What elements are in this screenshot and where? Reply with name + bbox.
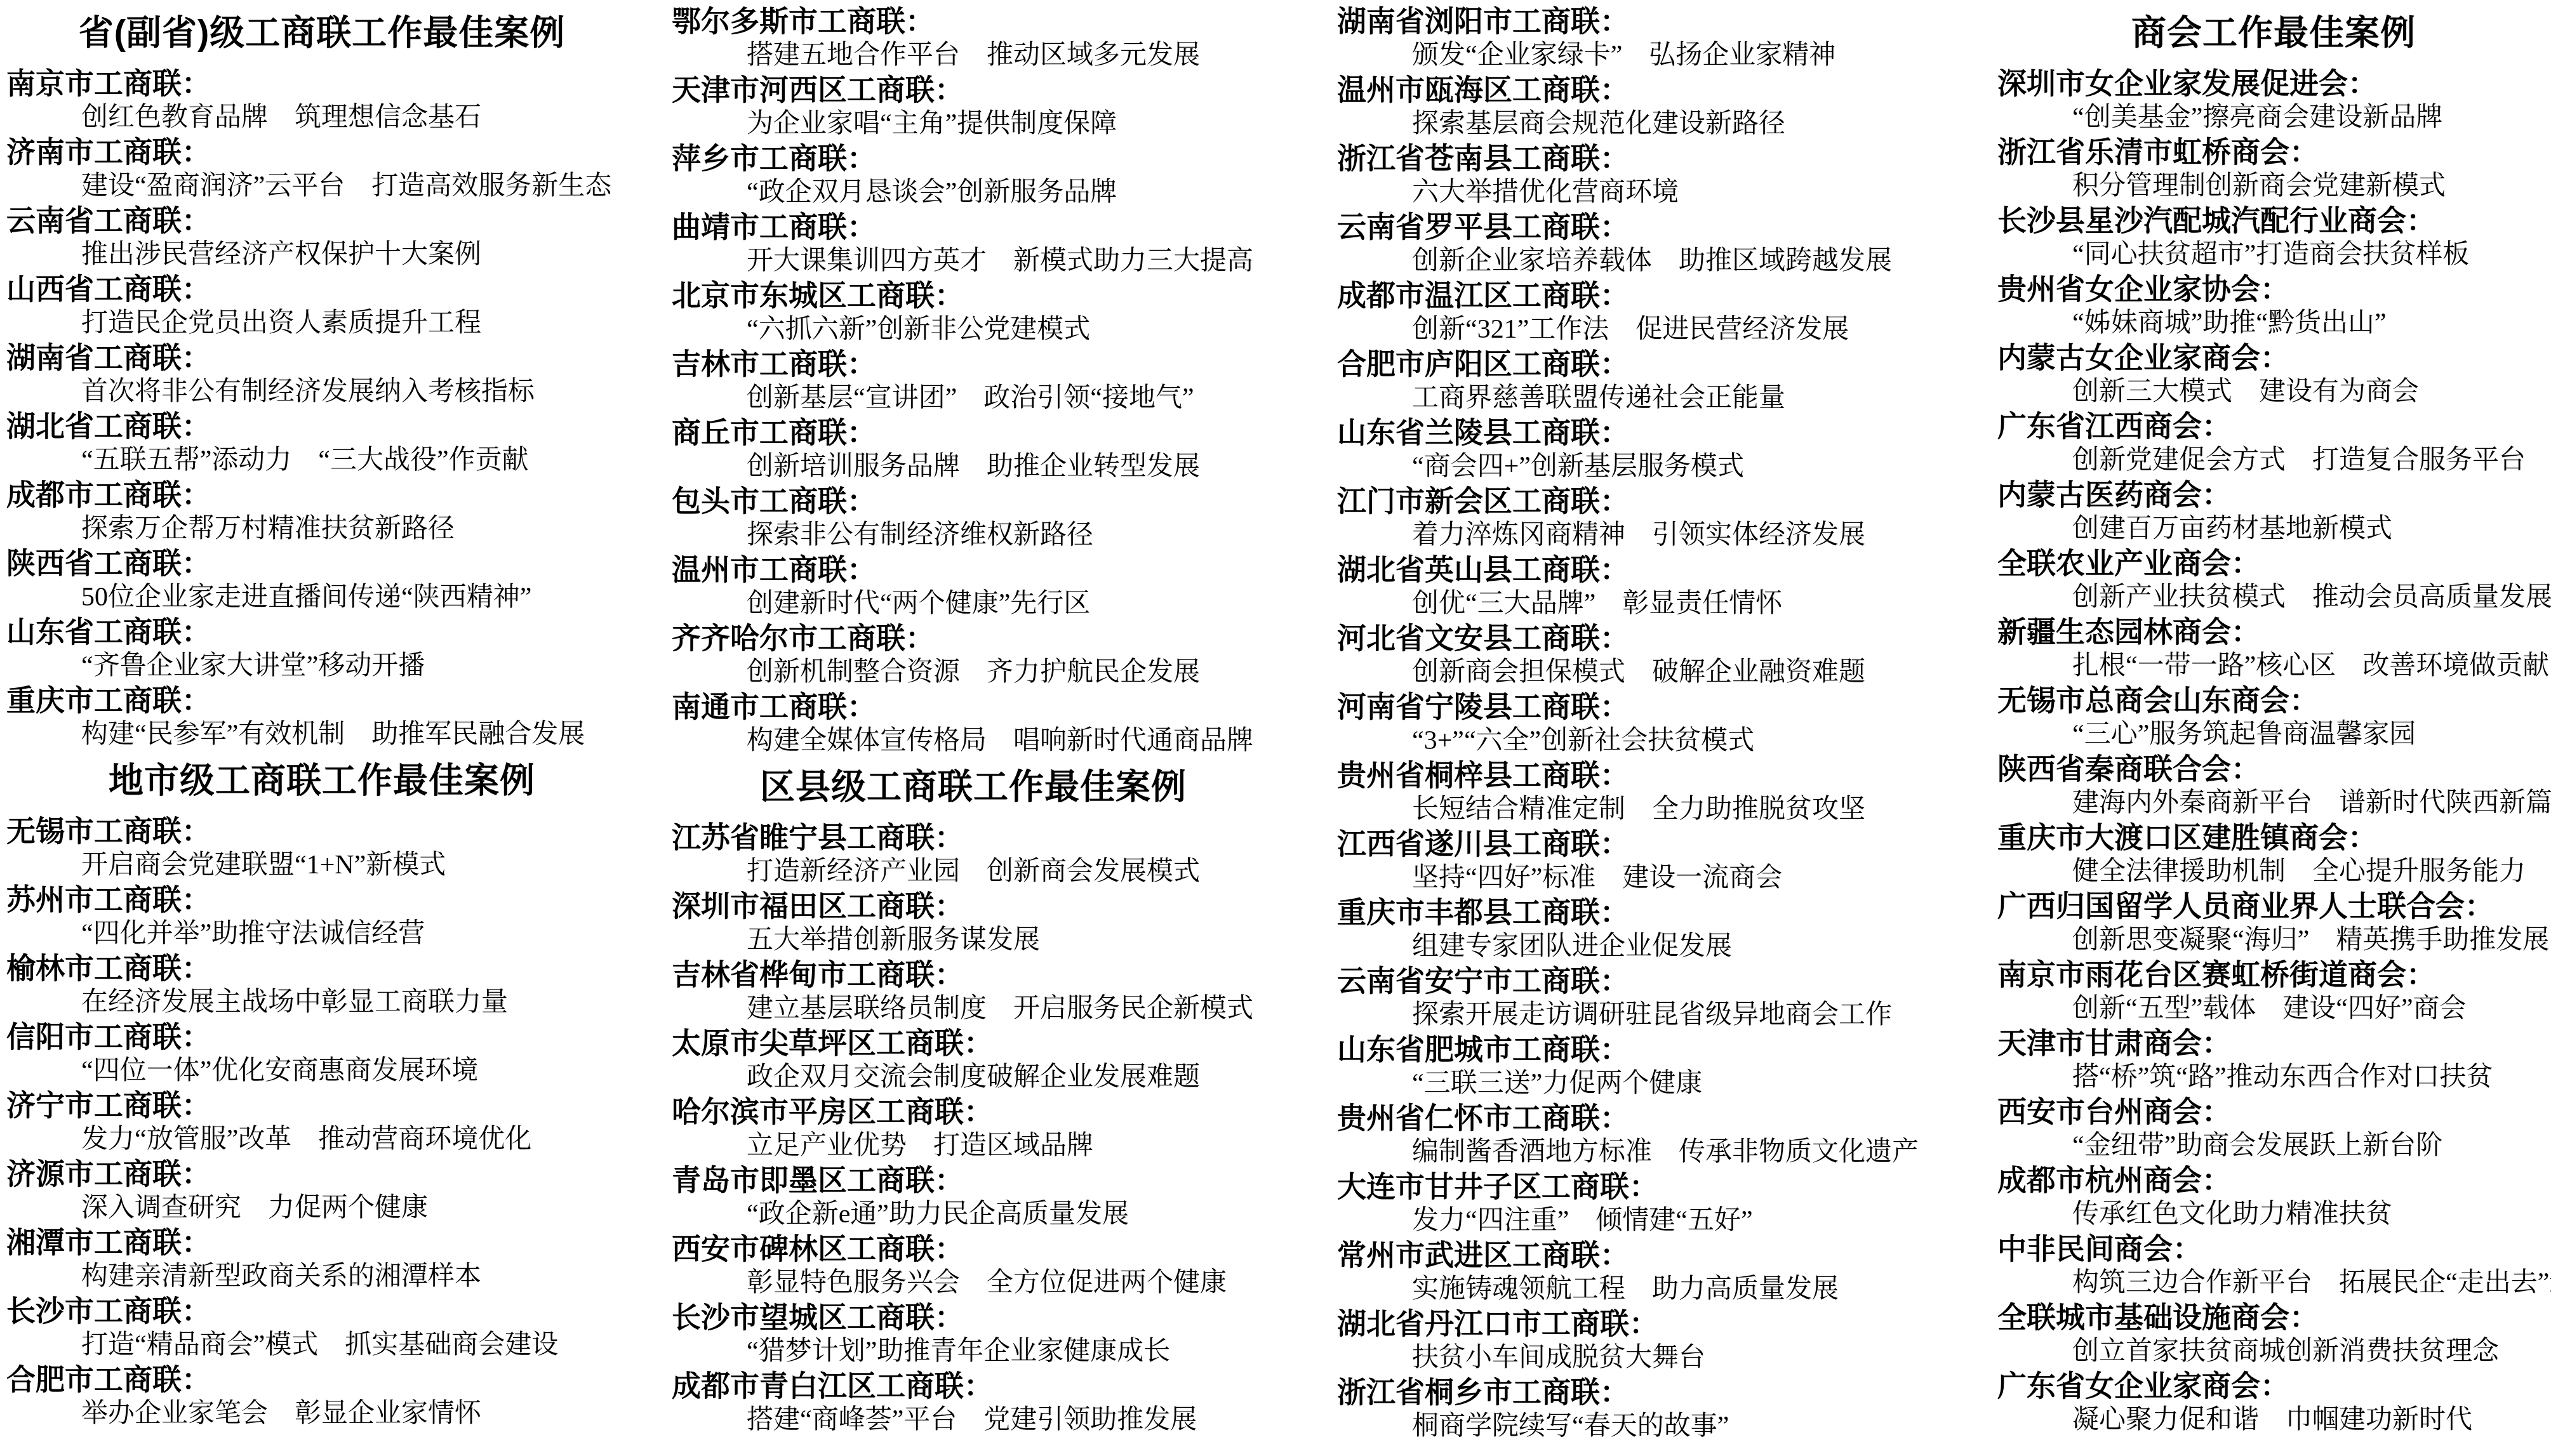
org-name: 陕西省工商联： bbox=[6, 546, 637, 580]
case-item: 合肥市工商联： 举办企业家笔会 彰显企业家情怀 bbox=[6, 1362, 637, 1431]
case-item: 江门市新会区工商联： 着力淬炼冈商精神 引领实体经济发展 bbox=[1337, 484, 1912, 552]
case-description: 扶贫小车间成脱贫大舞台 bbox=[1337, 1340, 1912, 1375]
case-item: 萍乡市工商联： “政企双月恳谈会”创新服务品牌 bbox=[672, 141, 1275, 209]
case-description: 五大举措创新服务谋发展 bbox=[672, 923, 1275, 957]
case-item: 重庆市大渡口区建胜镇商会： 健全法律援助机制 全心提升服务能力 bbox=[1997, 820, 2550, 889]
case-description: “五联五帮”添动力 “三大战役”作贡献 bbox=[6, 443, 637, 477]
section-title: 省(副省)级工商联工作最佳案例 bbox=[6, 9, 637, 56]
case-description: 创新“五型”载体 建设“四好”商会 bbox=[1997, 991, 2550, 1026]
case-description: 建设“盈商润济”云平台 打造高效服务新生态 bbox=[6, 169, 637, 203]
case-item: 哈尔滨市平房区工商联： 立足产业优势 打造区域品牌 bbox=[672, 1094, 1275, 1163]
org-name: 西安市台州商会： bbox=[1997, 1094, 2550, 1128]
org-name: 成都市青白江区工商联： bbox=[672, 1368, 1275, 1403]
case-item: 浙江省桐乡市工商联： 桐商学院续写“春天的故事” bbox=[1337, 1375, 1912, 1443]
org-name: 重庆市工商联： bbox=[6, 683, 637, 717]
org-name: 成都市温江区工商联： bbox=[1337, 278, 1912, 312]
case-description: 打造新经济产业园 创新商会发展模式 bbox=[672, 854, 1275, 889]
case-description: 创新机制整合资源 齐力护航民企发展 bbox=[672, 655, 1275, 689]
org-name: 广西归国留学人员商业界人士联合会： bbox=[1997, 889, 2550, 923]
org-name: 浙江省桐乡市工商联： bbox=[1337, 1375, 1912, 1409]
org-name: 北京市东城区工商联： bbox=[672, 278, 1275, 312]
case-item: 山东省兰陵县工商联： “商会四+”创新基层服务模式 bbox=[1337, 415, 1912, 484]
case-item: 长沙市工商联： 打造“精品商会”模式 抓实基础商会建设 bbox=[6, 1294, 637, 1362]
case-description: “创美基金”擦亮商会建设新品牌 bbox=[1997, 100, 2550, 135]
case-description: 搭“桥”筑“路”推动东西合作对口扶贫 bbox=[1997, 1060, 2550, 1094]
case-description: 创建百万亩药材基地新模式 bbox=[1997, 512, 2550, 546]
org-name: 浙江省苍南县工商联： bbox=[1337, 141, 1912, 175]
case-description: “三联三送”力促两个健康 bbox=[1337, 1066, 1912, 1101]
case-item: 湖北省丹江口市工商联： 扶贫小车间成脱贫大舞台 bbox=[1337, 1306, 1912, 1375]
case-description: 坚持“四好”标准 建设一流商会 bbox=[1337, 861, 1912, 895]
case-item: 湖北省英山县工商联： 创优“三大品牌” 彰显责任情怀 bbox=[1337, 552, 1912, 621]
org-name: 江门市新会区工商联： bbox=[1337, 484, 1912, 518]
org-name: 湖南省浏阳市工商联： bbox=[1337, 4, 1912, 38]
org-name: 商丘市工商联： bbox=[672, 415, 1275, 449]
case-item: 合肥市庐阳区工商联： 工商界慈善联盟传递社会正能量 bbox=[1337, 347, 1912, 415]
org-name: 贵州省女企业家协会： bbox=[1997, 272, 2550, 306]
org-name: 南京市雨花台区赛虹桥街道商会： bbox=[1997, 957, 2550, 991]
case-description: 实施铸魂领航工程 助力高质量发展 bbox=[1337, 1272, 1912, 1306]
case-description: 创立首家扶贫商城创新消费扶贫理念 bbox=[1997, 1334, 2550, 1368]
case-item: 湖北省工商联： “五联五帮”添动力 “三大战役”作贡献 bbox=[6, 409, 637, 477]
case-description: “政企新e通”助力民企高质量发展 bbox=[672, 1197, 1275, 1231]
case-description: 探索开展走访调研驻昆省级异地商会工作 bbox=[1337, 998, 1912, 1032]
org-name: 成都市工商联： bbox=[6, 477, 637, 512]
case-item: 无锡市工商联： 开启商会党建联盟“1+N”新模式 bbox=[6, 814, 637, 882]
case-description: 长短结合精准定制 全力助推脱贫攻坚 bbox=[1337, 792, 1912, 826]
case-item: 河北省文安县工商联： 创新商会担保模式 破解企业融资难题 bbox=[1337, 621, 1912, 689]
case-item: 信阳市工商联： “四位一体”优化安商惠商发展环境 bbox=[6, 1019, 637, 1088]
case-item: 南京市雨花台区赛虹桥街道商会： 创新“五型”载体 建设“四好”商会 bbox=[1997, 957, 2550, 1026]
org-name: 榆林市工商联： bbox=[6, 951, 637, 985]
case-item: 中非民间商会： 构筑三边合作新平台 拓展民企“走出去”新思路 bbox=[1997, 1231, 2550, 1300]
case-item: 广西归国留学人员商业界人士联合会： 创新思变凝聚“海归” 精英携手助推发展 bbox=[1997, 889, 2550, 957]
case-description: 开启商会党建联盟“1+N”新模式 bbox=[6, 848, 637, 882]
org-name: 广东省女企业家商会： bbox=[1997, 1368, 2550, 1403]
org-name: 无锡市总商会山东商会： bbox=[1997, 683, 2550, 717]
org-name: 曲靖市工商联： bbox=[672, 209, 1275, 244]
case-item: 南京市工商联： 创红色教育品牌 筑理想信念基石 bbox=[6, 66, 637, 135]
case-item: 齐齐哈尔市工商联： 创新机制整合资源 齐力护航民企发展 bbox=[672, 621, 1275, 689]
case-description: “三心”服务筑起鲁商温馨家园 bbox=[1997, 717, 2550, 751]
case-description: 首次将非公有制经济发展纳入考核指标 bbox=[6, 374, 637, 409]
case-item: 深圳市福田区工商联： 五大举措创新服务谋发展 bbox=[672, 889, 1275, 957]
org-name: 萍乡市工商联： bbox=[672, 141, 1275, 175]
case-item: 太原市尖草坪区工商联： 政企双月交流会制度破解企业发展难题 bbox=[672, 1026, 1275, 1094]
case-item: 鄂尔多斯市工商联： 搭建五地合作平台 推动区域多元发展 bbox=[672, 4, 1275, 72]
org-name: 长沙市望城区工商联： bbox=[672, 1300, 1275, 1334]
org-name: 山东省兰陵县工商联： bbox=[1337, 415, 1912, 449]
case-item: 广东省女企业家商会： 凝心聚力促和谐 巾帼建功新时代 bbox=[1997, 1368, 2550, 1437]
case-item: 云南省工商联： 推出涉民营经济产权保护十大案例 bbox=[6, 203, 637, 272]
org-name: 济南市工商联： bbox=[6, 135, 637, 169]
case-description: 开大课集训四方英才 新模式助力三大提高 bbox=[672, 244, 1275, 278]
case-item: 温州市工商联： 创建新时代“两个健康”先行区 bbox=[672, 552, 1275, 621]
org-name: 大连市甘井子区工商联： bbox=[1337, 1169, 1912, 1203]
org-name: 深圳市福田区工商联： bbox=[672, 889, 1275, 923]
org-name: 新疆生态园林商会： bbox=[1997, 614, 2550, 649]
org-name: 贵州省桐梓县工商联： bbox=[1337, 758, 1912, 792]
award-list-page: 省(副省)级工商联工作最佳案例 南京市工商联： 创红色教育品牌 筑理想信念基石 … bbox=[0, 0, 2551, 1456]
org-name: 内蒙古医药商会： bbox=[1997, 477, 2550, 512]
case-item: 榆林市工商联： 在经济发展主战场中彰显工商联力量 bbox=[6, 951, 637, 1019]
case-item: 深圳市女企业家发展促进会： “创美基金”擦亮商会建设新品牌 bbox=[1997, 66, 2550, 135]
case-description: “四化并举”助推守法诚信经营 bbox=[6, 917, 637, 951]
case-item: 山东省肥城市工商联： “三联三送”力促两个健康 bbox=[1337, 1032, 1912, 1101]
org-name: 包头市工商联： bbox=[672, 484, 1275, 518]
org-name: 云南省安宁市工商联： bbox=[1337, 963, 1912, 998]
org-name: 云南省工商联： bbox=[6, 203, 637, 237]
org-name: 成都市杭州商会： bbox=[1997, 1163, 2550, 1197]
case-item: 长沙市望城区工商联： “猎梦计划”助推青年企业家健康成长 bbox=[672, 1300, 1275, 1368]
case-description: 创新产业扶贫模式 推动会员高质量发展 bbox=[1997, 580, 2550, 614]
case-item: 成都市杭州商会： 传承红色文化助力精准扶贫 bbox=[1997, 1163, 2550, 1231]
org-name: 山西省工商联： bbox=[6, 272, 637, 306]
case-description: 编制酱香酒地方标准 传承非物质文化遗产 bbox=[1337, 1135, 1912, 1169]
case-item: 天津市甘肃商会： 搭“桥”筑“路”推动东西合作对口扶贫 bbox=[1997, 1026, 2550, 1094]
org-name: 鄂尔多斯市工商联： bbox=[672, 4, 1275, 38]
org-name: 江苏省睢宁县工商联： bbox=[672, 820, 1275, 854]
case-item: 大连市甘井子区工商联： 发力“四注重” 倾情建“五好” bbox=[1337, 1169, 1912, 1238]
case-item: 内蒙古医药商会： 创建百万亩药材基地新模式 bbox=[1997, 477, 2550, 546]
org-name: 信阳市工商联： bbox=[6, 1019, 637, 1054]
case-item: 内蒙古女企业家商会： 创新三大模式 建设有为商会 bbox=[1997, 340, 2550, 409]
case-description: 创新三大模式 建设有为商会 bbox=[1997, 374, 2550, 409]
org-name: 江西省遂川县工商联： bbox=[1337, 826, 1912, 861]
org-name: 常州市武进区工商联： bbox=[1337, 1238, 1912, 1272]
case-item: 成都市温江区工商联： 创新“321”工作法 促进民营经济发展 bbox=[1337, 278, 1912, 347]
case-item: 贵州省女企业家协会： “姊妹商城”助推“黔货出山” bbox=[1997, 272, 2550, 340]
case-item: 浙江省乐清市虹桥商会： 积分管理制创新商会党建新模式 bbox=[1997, 135, 2550, 203]
case-item: 西安市台州商会： “金纽带”助商会发展跃上新台阶 bbox=[1997, 1094, 2550, 1163]
case-item: 湘潭市工商联： 构建亲清新型政商关系的湘潭样本 bbox=[6, 1225, 637, 1294]
section-title: 地市级工商联工作最佳案例 bbox=[6, 757, 637, 804]
case-description: 创优“三大品牌” 彰显责任情怀 bbox=[1337, 586, 1912, 621]
case-item: 江西省遂川县工商联： 坚持“四好”标准 建设一流商会 bbox=[1337, 826, 1912, 895]
org-name: 重庆市大渡口区建胜镇商会： bbox=[1997, 820, 2550, 854]
org-name: 长沙市工商联： bbox=[6, 1294, 637, 1328]
section-title: 商会工作最佳案例 bbox=[1997, 9, 2550, 56]
case-item: 新疆生态园林商会： 扎根“一带一路”核心区 改善环境做贡献 bbox=[1997, 614, 2550, 683]
case-description: “政企双月恳谈会”创新服务品牌 bbox=[672, 175, 1275, 209]
section-title: 区县级工商联工作最佳案例 bbox=[672, 763, 1275, 810]
case-description: “四位一体”优化安商惠商发展环境 bbox=[6, 1054, 637, 1088]
org-name: 济宁市工商联： bbox=[6, 1088, 637, 1122]
case-item: 天津市河西区工商联： 为企业家唱“主角”提供制度保障 bbox=[672, 72, 1275, 141]
case-item: 包头市工商联： 探索非公有制经济维权新路径 bbox=[672, 484, 1275, 552]
case-description: 创新商会担保模式 破解企业融资难题 bbox=[1337, 655, 1912, 689]
case-item: 贵州省仁怀市工商联： 编制酱香酒地方标准 传承非物质文化遗产 bbox=[1337, 1101, 1912, 1169]
case-description: 发力“放管服”改革 推动营商环境优化 bbox=[6, 1122, 637, 1156]
case-description: 推出涉民营经济产权保护十大案例 bbox=[6, 237, 637, 272]
case-description: 搭建“商峰荟”平台 党建引领助推发展 bbox=[672, 1403, 1275, 1437]
case-item: 吉林市工商联： 创新基层“宣讲团” 政治引领“接地气” bbox=[672, 347, 1275, 415]
org-name: 广东省江西商会： bbox=[1997, 409, 2550, 443]
case-item: 济宁市工商联： 发力“放管服”改革 推动营商环境优化 bbox=[6, 1088, 637, 1156]
case-item: 重庆市工商联： 构建“民参军”有效机制 助推军民融合发展 bbox=[6, 683, 637, 751]
org-name: 内蒙古女企业家商会： bbox=[1997, 340, 2550, 374]
case-description: 彰显特色服务兴会 全方位促进两个健康 bbox=[672, 1266, 1275, 1300]
org-name: 湘潭市工商联： bbox=[6, 1225, 637, 1259]
org-name: 温州市工商联： bbox=[672, 552, 1275, 586]
org-name: 合肥市工商联： bbox=[6, 1362, 637, 1396]
case-description: 积分管理制创新商会党建新模式 bbox=[1997, 169, 2550, 203]
case-description: 创红色教育品牌 筑理想信念基石 bbox=[6, 100, 637, 135]
case-description: 创新培训服务品牌 助推企业转型发展 bbox=[672, 449, 1275, 484]
case-description: 举办企业家笔会 彰显企业家情怀 bbox=[6, 1396, 637, 1431]
org-name: 温州市瓯海区工商联： bbox=[1337, 72, 1912, 107]
case-description: 政企双月交流会制度破解企业发展难题 bbox=[672, 1060, 1275, 1094]
case-description: 构建亲清新型政商关系的湘潭样本 bbox=[6, 1259, 637, 1294]
column-2: 鄂尔多斯市工商联： 搭建五地合作平台 推动区域多元发展 天津市河西区工商联： 为… bbox=[637, 4, 1275, 1456]
case-item: 西安市碑林区工商联： 彰显特色服务兴会 全方位促进两个健康 bbox=[672, 1231, 1275, 1300]
case-item: 陕西省秦商联合会： 建海内外秦商新平台 谱新时代陕西新篇章 bbox=[1997, 751, 2550, 820]
case-description: 着力淬炼冈商精神 引领实体经济发展 bbox=[1337, 518, 1912, 552]
case-description: 立足产业优势 打造区域品牌 bbox=[672, 1128, 1275, 1163]
case-description: 扎根“一带一路”核心区 改善环境做贡献 bbox=[1997, 649, 2550, 683]
case-item: 湖南省浏阳市工商联： 颁发“企业家绿卡” 弘扬企业家精神 bbox=[1337, 4, 1912, 72]
org-name: 青岛市即墨区工商联： bbox=[672, 1163, 1275, 1197]
column-3: 湖南省浏阳市工商联： 颁发“企业家绿卡” 弘扬企业家精神 温州市瓯海区工商联： … bbox=[1275, 4, 1912, 1456]
org-name: 南京市工商联： bbox=[6, 66, 637, 100]
case-item: 山东省工商联： “齐鲁企业家大讲堂”移动开播 bbox=[6, 614, 637, 683]
case-item: 成都市工商联： 探索万企帮万村精准扶贫新路径 bbox=[6, 477, 637, 546]
case-item: 河南省宁陵县工商联： “3+”“六全”创新社会扶贫模式 bbox=[1337, 689, 1912, 758]
case-description: 探索万企帮万村精准扶贫新路径 bbox=[6, 512, 637, 546]
org-name: 贵州省仁怀市工商联： bbox=[1337, 1101, 1912, 1135]
org-name: 全联城市基础设施商会： bbox=[1997, 1300, 2550, 1334]
columns-container: 省(副省)级工商联工作最佳案例 南京市工商联： 创红色教育品牌 筑理想信念基石 … bbox=[0, 4, 2551, 1456]
case-description: 凝心聚力促和谐 巾帼建功新时代 bbox=[1997, 1403, 2550, 1437]
case-description: “3+”“六全”创新社会扶贫模式 bbox=[1337, 724, 1912, 758]
org-name: 济源市工商联： bbox=[6, 1156, 637, 1191]
case-description: 探索基层商会规范化建设新路径 bbox=[1337, 107, 1912, 141]
org-name: 湖南省工商联： bbox=[6, 340, 637, 374]
case-description: 50位企业家走进直播间传递“陕西精神” bbox=[6, 580, 637, 614]
case-description: 为企业家唱“主角”提供制度保障 bbox=[672, 107, 1275, 141]
column-4: 商会工作最佳案例 深圳市女企业家发展促进会： “创美基金”擦亮商会建设新品牌 浙… bbox=[1912, 4, 2550, 1456]
org-name: 南通市工商联： bbox=[672, 689, 1275, 724]
case-item: 贵州省桐梓县工商联： 长短结合精准定制 全力助推脱贫攻坚 bbox=[1337, 758, 1912, 826]
case-item: 苏州市工商联： “四化并举”助推守法诚信经营 bbox=[6, 882, 637, 951]
org-name: 无锡市工商联： bbox=[6, 814, 637, 848]
case-item: 常州市武进区工商联： 实施铸魂领航工程 助力高质量发展 bbox=[1337, 1238, 1912, 1306]
org-name: 山东省工商联： bbox=[6, 614, 637, 649]
case-description: 创建新时代“两个健康”先行区 bbox=[672, 586, 1275, 621]
case-item: 全联城市基础设施商会： 创立首家扶贫商城创新消费扶贫理念 bbox=[1997, 1300, 2550, 1368]
case-item: 南通市工商联： 构建全媒体宣传格局 唱响新时代通商品牌 bbox=[672, 689, 1275, 758]
case-item: 青岛市即墨区工商联： “政企新e通”助力民企高质量发展 bbox=[672, 1163, 1275, 1231]
case-description: 六大举措优化营商环境 bbox=[1337, 175, 1912, 209]
case-description: 传承红色文化助力精准扶贫 bbox=[1997, 1197, 2550, 1231]
case-description: “六抓六新”创新非公党建模式 bbox=[672, 312, 1275, 347]
case-description: 构建“民参军”有效机制 助推军民融合发展 bbox=[6, 717, 637, 751]
case-description: 打造“精品商会”模式 抓实基础商会建设 bbox=[6, 1328, 637, 1362]
org-name: 湖北省英山县工商联： bbox=[1337, 552, 1912, 586]
case-description: 创新党建促会方式 打造复合服务平台 bbox=[1997, 443, 2550, 477]
case-item: 北京市东城区工商联： “六抓六新”创新非公党建模式 bbox=[672, 278, 1275, 347]
org-name: 天津市甘肃商会： bbox=[1997, 1026, 2550, 1060]
org-name: 山东省肥城市工商联： bbox=[1337, 1032, 1912, 1066]
org-name: 苏州市工商联： bbox=[6, 882, 637, 917]
org-name: 西安市碑林区工商联： bbox=[672, 1231, 1275, 1266]
case-description: 创新企业家培养载体 助推区域跨越发展 bbox=[1337, 244, 1912, 278]
case-item: 云南省罗平县工商联： 创新企业家培养载体 助推区域跨越发展 bbox=[1337, 209, 1912, 278]
case-description: 创新基层“宣讲团” 政治引领“接地气” bbox=[672, 381, 1275, 415]
case-description: 工商界慈善联盟传递社会正能量 bbox=[1337, 381, 1912, 415]
org-name: 哈尔滨市平房区工商联： bbox=[672, 1094, 1275, 1128]
case-item: 济源市工商联： 深入调查研究 力促两个健康 bbox=[6, 1156, 637, 1225]
case-item: 广东省江西商会： 创新党建促会方式 打造复合服务平台 bbox=[1997, 409, 2550, 477]
case-item: 重庆市丰都县工商联： 组建专家团队进企业促发展 bbox=[1337, 895, 1912, 963]
case-description: 桐商学院续写“春天的故事” bbox=[1337, 1409, 1912, 1443]
case-item: 陕西省工商联： 50位企业家走进直播间传递“陕西精神” bbox=[6, 546, 637, 614]
org-name: 深圳市女企业家发展促进会： bbox=[1997, 66, 2550, 100]
case-item: 吉林省桦甸市工商联： 建立基层联络员制度 开启服务民企新模式 bbox=[672, 957, 1275, 1026]
org-name: 重庆市丰都县工商联： bbox=[1337, 895, 1912, 929]
case-description: 健全法律援助机制 全心提升服务能力 bbox=[1997, 854, 2550, 889]
case-description: 颁发“企业家绿卡” 弘扬企业家精神 bbox=[1337, 38, 1912, 72]
case-description: 探索非公有制经济维权新路径 bbox=[672, 518, 1275, 552]
org-name: 长沙县星沙汽配城汽配行业商会： bbox=[1997, 203, 2550, 237]
column-1: 省(副省)级工商联工作最佳案例 南京市工商联： 创红色教育品牌 筑理想信念基石 … bbox=[0, 4, 637, 1456]
case-item: 济南市工商联： 建设“盈商润济”云平台 打造高效服务新生态 bbox=[6, 135, 637, 203]
case-description: 创新“321”工作法 促进民营经济发展 bbox=[1337, 312, 1912, 347]
case-item: 浙江省苍南县工商联： 六大举措优化营商环境 bbox=[1337, 141, 1912, 209]
case-description: “同心扶贫超市”打造商会扶贫样板 bbox=[1997, 237, 2550, 272]
case-description: “齐鲁企业家大讲堂”移动开播 bbox=[6, 649, 637, 683]
org-name: 河南省宁陵县工商联： bbox=[1337, 689, 1912, 724]
org-name: 齐齐哈尔市工商联： bbox=[672, 621, 1275, 655]
org-name: 中非民间商会： bbox=[1997, 1231, 2550, 1266]
case-item: 山西省工商联： 打造民企党员出资人素质提升工程 bbox=[6, 272, 637, 340]
case-description: 构建全媒体宣传格局 唱响新时代通商品牌 bbox=[672, 724, 1275, 758]
case-item: 湖南省工商联： 首次将非公有制经济发展纳入考核指标 bbox=[6, 340, 637, 409]
case-item: 无锡市总商会山东商会： “三心”服务筑起鲁商温馨家园 bbox=[1997, 683, 2550, 751]
org-name: 河北省文安县工商联： bbox=[1337, 621, 1912, 655]
case-item: 商丘市工商联： 创新培训服务品牌 助推企业转型发展 bbox=[672, 415, 1275, 484]
case-description: 创新思变凝聚“海归” 精英携手助推发展 bbox=[1997, 923, 2550, 957]
case-description: 构筑三边合作新平台 拓展民企“走出去”新思路 bbox=[1997, 1266, 2550, 1300]
case-description: “金纽带”助商会发展跃上新台阶 bbox=[1997, 1128, 2550, 1163]
case-item: 成都市青白江区工商联： 搭建“商峰荟”平台 党建引领助推发展 bbox=[672, 1368, 1275, 1437]
case-description: 深入调查研究 力促两个健康 bbox=[6, 1191, 637, 1225]
org-name: 云南省罗平县工商联： bbox=[1337, 209, 1912, 244]
org-name: 全联农业产业商会： bbox=[1997, 546, 2550, 580]
org-name: 太原市尖草坪区工商联： bbox=[672, 1026, 1275, 1060]
case-item: 云南省安宁市工商联： 探索开展走访调研驻昆省级异地商会工作 bbox=[1337, 963, 1912, 1032]
case-item: 江苏省睢宁县工商联： 打造新经济产业园 创新商会发展模式 bbox=[672, 820, 1275, 889]
case-description: 发力“四注重” 倾情建“五好” bbox=[1337, 1203, 1912, 1238]
case-item: 长沙县星沙汽配城汽配行业商会： “同心扶贫超市”打造商会扶贫样板 bbox=[1997, 203, 2550, 272]
case-description: “商会四+”创新基层服务模式 bbox=[1337, 449, 1912, 484]
org-name: 湖北省工商联： bbox=[6, 409, 637, 443]
case-description: 建立基层联络员制度 开启服务民企新模式 bbox=[672, 991, 1275, 1026]
org-name: 吉林市工商联： bbox=[672, 347, 1275, 381]
org-name: 湖北省丹江口市工商联： bbox=[1337, 1306, 1912, 1340]
org-name: 浙江省乐清市虹桥商会： bbox=[1997, 135, 2550, 169]
case-item: 曲靖市工商联： 开大课集训四方英才 新模式助力三大提高 bbox=[672, 209, 1275, 278]
case-description: “姊妹商城”助推“黔货出山” bbox=[1997, 306, 2550, 340]
org-name: 陕西省秦商联合会： bbox=[1997, 751, 2550, 786]
case-description: 搭建五地合作平台 推动区域多元发展 bbox=[672, 38, 1275, 72]
case-item: 全联农业产业商会： 创新产业扶贫模式 推动会员高质量发展 bbox=[1997, 546, 2550, 614]
org-name: 吉林省桦甸市工商联： bbox=[672, 957, 1275, 991]
org-name: 合肥市庐阳区工商联： bbox=[1337, 347, 1912, 381]
case-description: “猎梦计划”助推青年企业家健康成长 bbox=[672, 1334, 1275, 1368]
case-description: 打造民企党员出资人素质提升工程 bbox=[6, 306, 637, 340]
org-name: 天津市河西区工商联： bbox=[672, 72, 1275, 107]
case-item: 温州市瓯海区工商联： 探索基层商会规范化建设新路径 bbox=[1337, 72, 1912, 141]
case-description: 组建专家团队进企业促发展 bbox=[1337, 929, 1912, 963]
case-description: 建海内外秦商新平台 谱新时代陕西新篇章 bbox=[1997, 786, 2550, 820]
case-description: 在经济发展主战场中彰显工商联力量 bbox=[6, 985, 637, 1019]
